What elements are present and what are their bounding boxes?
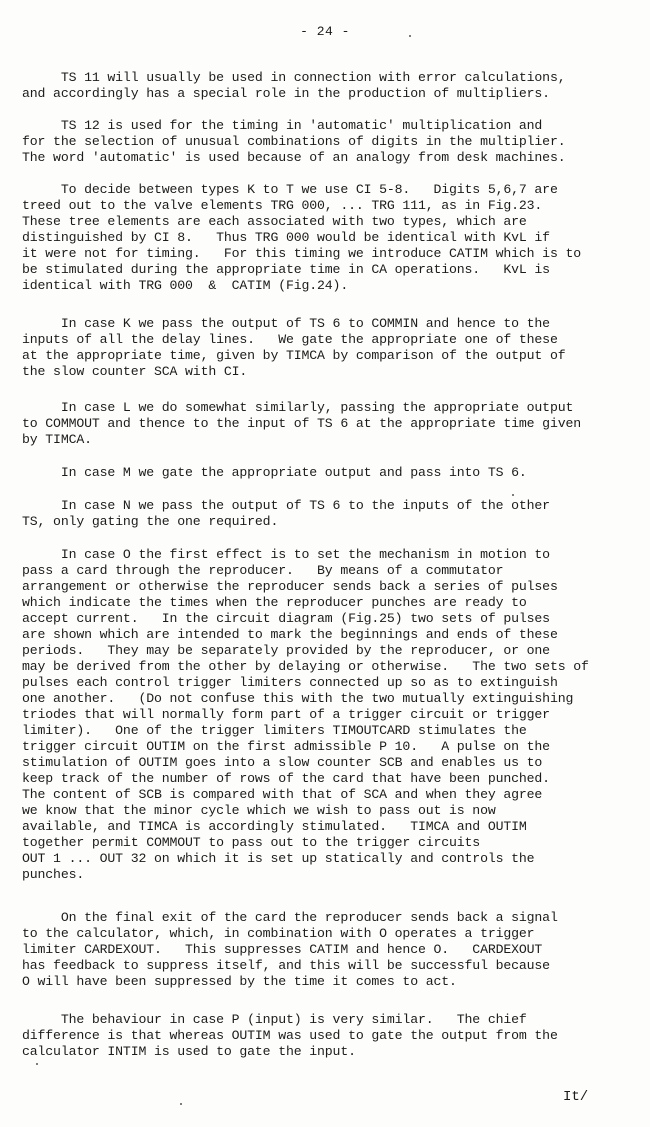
text-line: by TIMCA. (22, 432, 92, 448)
scan-speck (36, 1063, 38, 1065)
text-line: O will have been suppressed by the time … (22, 974, 457, 990)
text-line: triodes that will normally form part of … (22, 707, 550, 723)
text-line: OUT 1 ... OUT 32 on which it is set up s… (22, 851, 534, 867)
text-line: and accordingly has a special role in th… (22, 86, 550, 102)
text-line: one another. (Do not confuse this with t… (22, 691, 573, 707)
text-line: be stimulated during the appropriate tim… (22, 262, 550, 278)
text-line: The word 'automatic' is used because of … (22, 150, 565, 166)
text-line: periods. They may be separately provided… (22, 643, 550, 659)
text-line: In case M we gate the appropriate output… (22, 465, 527, 481)
catchword: It/ (563, 1089, 588, 1105)
text-line: punches. (22, 867, 84, 883)
text-line: TS 11 will usually be used in connection… (22, 70, 565, 86)
text-line: may be derived from the other by delayin… (22, 659, 589, 675)
text-line: difference is that whereas OUTIM was use… (22, 1028, 558, 1044)
text-line: calculator INTIM is used to gate the inp… (22, 1044, 356, 1060)
text-line: together permit COMMOUT to pass out to t… (22, 835, 480, 851)
text-line: In case N we pass the output of TS 6 to … (22, 498, 550, 514)
text-line: pass a card through the reproducer. By m… (22, 563, 503, 579)
page-number: - 24 - (0, 24, 650, 39)
typewritten-page: - 24 - TS 11 will usually be used in con… (0, 0, 650, 1127)
text-line: inputs of all the delay lines. We gate t… (22, 332, 558, 348)
text-line: In case O the first effect is to set the… (22, 547, 550, 563)
text-line: available, and TIMCA is accordingly stim… (22, 819, 527, 835)
text-line: it were not for timing. For this timing … (22, 246, 581, 262)
text-line: the slow counter SCA with CI. (22, 364, 247, 380)
scan-speck (409, 35, 411, 37)
text-line: distinguished by CI 8. Thus TRG 000 woul… (22, 230, 550, 246)
text-line: treed out to the valve elements TRG 000,… (22, 198, 542, 214)
text-line: To decide between types K to T we use CI… (22, 182, 558, 198)
text-line: pulses each control trigger limiters con… (22, 675, 558, 691)
text-line: we know that the minor cycle which we wi… (22, 803, 496, 819)
text-line: These tree elements are each associated … (22, 214, 527, 230)
text-line: to COMMOUT and thence to the input of TS… (22, 416, 581, 432)
scan-speck (180, 1103, 182, 1105)
text-line: limiter CARDEXOUT. This suppresses CATIM… (22, 942, 542, 958)
text-line: which indicate the times when the reprod… (22, 595, 527, 611)
text-line: at the appropriate time, given by TIMCA … (22, 348, 565, 364)
scan-speck (512, 494, 514, 496)
text-line: The behaviour in case P (input) is very … (22, 1012, 527, 1028)
text-line: arrangement or otherwise the reproducer … (22, 579, 558, 595)
text-line: has feedback to suppress itself, and thi… (22, 958, 550, 974)
text-line: accept current. In the circuit diagram (… (22, 611, 550, 627)
text-line: for the selection of unusual combination… (22, 134, 565, 150)
text-line: identical with TRG 000 & CATIM (Fig.24). (22, 278, 348, 294)
text-line: In case L we do somewhat similarly, pass… (22, 400, 573, 416)
text-line: On the final exit of the card the reprod… (22, 910, 558, 926)
text-line: limiter). One of the trigger limiters TI… (22, 723, 527, 739)
text-line: are shown which are intended to mark the… (22, 627, 558, 643)
text-line: keep track of the number of rows of the … (22, 771, 550, 787)
text-line: trigger circuit OUTIM on the first admis… (22, 739, 550, 755)
text-line: TS 12 is used for the timing in 'automat… (22, 118, 542, 134)
text-line: The content of SCB is compared with that… (22, 787, 542, 803)
text-line: to the calculator, which, in combination… (22, 926, 534, 942)
text-line: In case K we pass the output of TS 6 to … (22, 316, 550, 332)
text-line: TS, only gating the one required. (22, 514, 278, 530)
text-line: stimulation of OUTIM goes into a slow co… (22, 755, 542, 771)
